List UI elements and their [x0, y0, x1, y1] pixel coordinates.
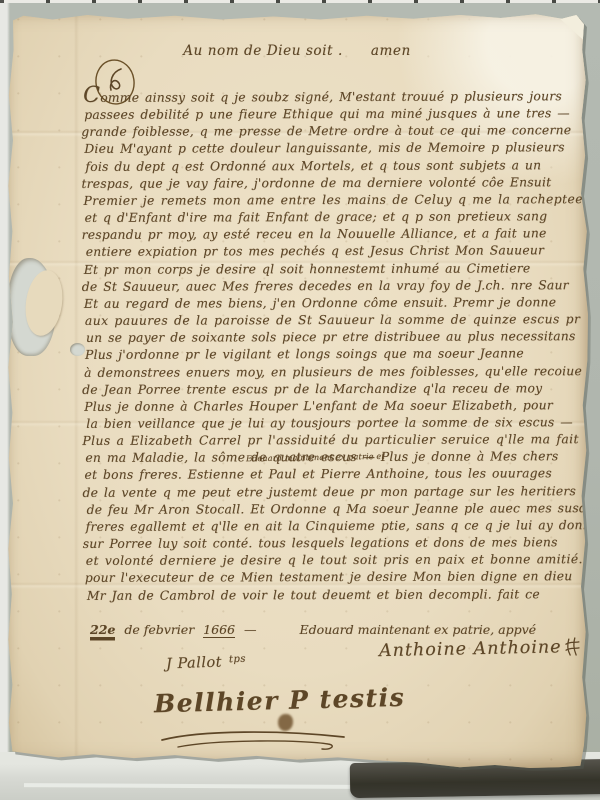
date-year: 1666 — [203, 622, 235, 638]
manuscript-line: entiere expiation pr tos mes pechés q es… — [86, 243, 580, 262]
amen-text: amen — [371, 43, 411, 59]
date-month: de febvrier — [124, 622, 194, 637]
manuscript-line: la bien veillance que je lui ay tousjour… — [86, 414, 580, 433]
manuscript-line: sur Porree luy soit conté. tous lesquels… — [83, 534, 577, 553]
manuscript-line: aux pauures de la paroisse de St Sauueur… — [85, 311, 579, 330]
witness1-suffix: tps — [229, 654, 246, 666]
witness1-signature: J Pallottps — [166, 654, 247, 673]
manuscript-line: pour l'executeur de ce Mien testament je… — [85, 569, 579, 588]
folded-corner — [551, 13, 587, 45]
film-edge-strip — [0, 0, 600, 3]
manuscript-line: Comme ainssy soit q je soubz signé, M'es… — [83, 85, 577, 107]
manuscript-line: freres egallemt et q'lle en ait la Cinqu… — [86, 517, 580, 536]
manuscript-line: un se payer de soixante sols piece pr et… — [86, 328, 580, 347]
manuscript-line: trespas, que je vay faire, j'ordonne de … — [81, 174, 575, 193]
witness2-signature: Bellhier P testis — [154, 683, 406, 719]
signature-flourish-icon — [156, 728, 356, 754]
manuscript-line: à demonstrees enuers moy, en plusieurs d… — [84, 363, 578, 382]
date-dash: — — [244, 622, 257, 637]
date-line: 22e de febvrier 1666 — Edouard maintenan… — [90, 622, 576, 638]
parchment-page: Au nom de Dieu soit . amen Comme ainssy … — [6, 12, 588, 768]
testator-signature-text: Anthoine Anthoine — [379, 637, 562, 661]
manuscript-line: fois du dept q est Ordonné aux Mortels, … — [85, 157, 579, 176]
manuscript-line: de la vente q me peut etre justemt deue … — [82, 483, 576, 502]
manuscript-line: de Jean Porree trente escus pr de la Mar… — [82, 380, 576, 399]
manuscript-line: de St Sauueur, auec Mes freres decedes e… — [82, 277, 576, 296]
manuscript-line: et volonté derniere je desire q le tout … — [86, 551, 580, 570]
manuscript-line: Et au regard de mes biens, j'en Ordonne … — [84, 294, 578, 313]
manuscript-line: grande foiblesse, q me presse de Metre o… — [81, 122, 575, 141]
manuscript-line: de feu Mr Aron Stocall. Et Ordonne q Ma … — [87, 500, 581, 519]
manuscript-line: Plus a Elizabeth Carrel pr l'assiduité d… — [82, 431, 576, 450]
manuscript-line: Plus j'ordonne pr le vigilant et longs s… — [85, 345, 579, 364]
testator-signature: Anthoine Anthoine — [379, 637, 580, 661]
manuscript-line: Dieu M'ayant p cette douleur languissant… — [84, 140, 578, 159]
manuscript-line: et q d'Enfant d'ire ma fait Enfant de gr… — [85, 208, 579, 227]
witness1-name: J Pallot — [166, 654, 223, 672]
manuscript-line: et bons freres. Estienne et Paul et Pier… — [84, 466, 578, 485]
invocation-text: Au nom de Dieu soit . — [183, 43, 343, 59]
manuscript-line: Premier je remets mon ame entre les main… — [83, 191, 577, 210]
manuscript-line: Plus je donne à Charles Houper L'enfant … — [84, 397, 578, 416]
manuscript-line: Mr Jan de Cambrol de voir le tout deuemt… — [87, 586, 581, 605]
signature-paraph-icon — [565, 637, 580, 657]
date-day: 22e — [90, 622, 115, 638]
photograph-of-manuscript: Au nom de Dieu soit . amen Comme ainssy … — [0, 0, 600, 800]
manuscript-line: respandu pr moy, ay esté receu en la Nou… — [82, 225, 576, 244]
manuscript-line: Et pr mon corps je desire ql soit honnes… — [84, 260, 578, 279]
insertion-approval-text: Edouard maintenant ex patrie, appvé — [299, 622, 536, 637]
paper-hole-small — [70, 343, 85, 356]
body-text: Comme ainssy soit q je soubz signé, M'es… — [83, 85, 579, 604]
manuscript-line: passees debilité p une fieure Ethique qu… — [84, 105, 578, 124]
